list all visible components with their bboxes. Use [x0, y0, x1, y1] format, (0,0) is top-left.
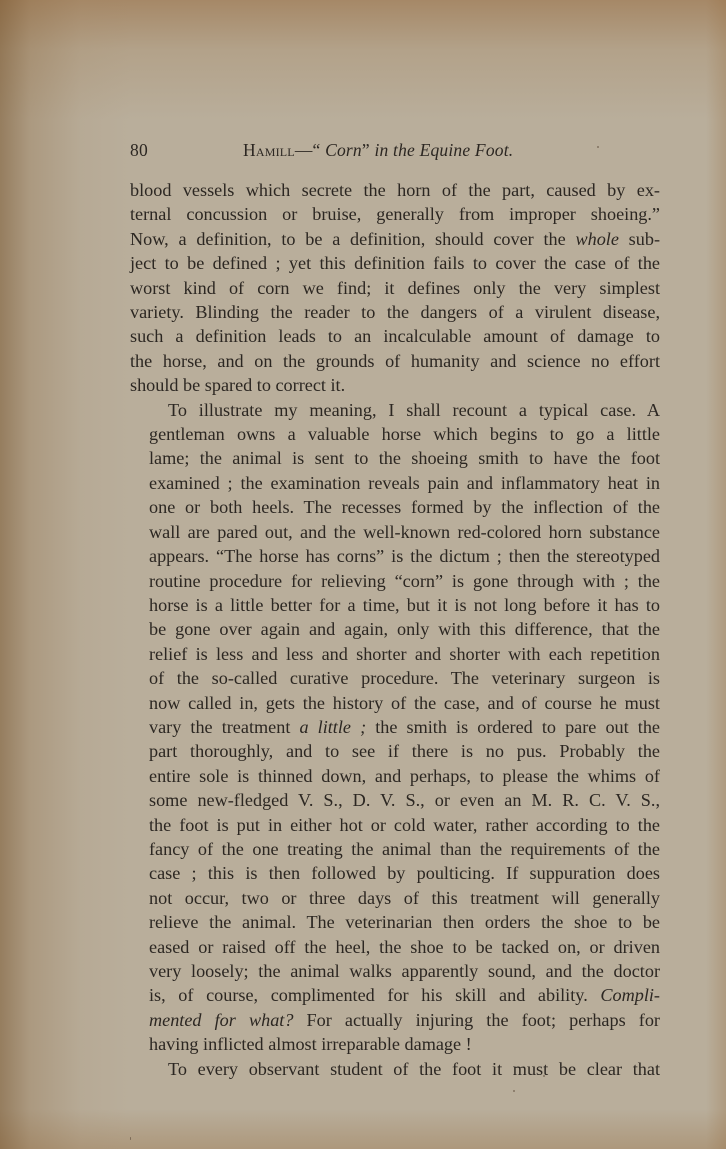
text-run: horse is a little better for a time, but…	[149, 595, 660, 615]
text-line: To every observant student of the foot i…	[130, 1057, 660, 1081]
paper-speck	[597, 146, 599, 148]
text-line: ject to be defined ; yet this definition…	[130, 251, 660, 275]
text-run: examined ; the examination reveals pain …	[149, 473, 660, 493]
text-line: blood vessels which secrete the horn of …	[130, 178, 660, 202]
text-run: sub-	[619, 229, 660, 249]
body-text: blood vessels which secrete the horn of …	[130, 178, 660, 1081]
text-line: case ; this is then followed by poultici…	[130, 861, 660, 885]
text-line: mented for what? For actually injuring t…	[130, 1008, 660, 1032]
text-run: the horse, and on the grounds of humanit…	[130, 351, 660, 371]
italic-text: whole	[575, 229, 618, 249]
page-number: 80	[130, 140, 148, 161]
text-line: examined ; the examination reveals pain …	[130, 471, 660, 495]
text-line: entire sole is thinned down, and perhaps…	[130, 764, 660, 788]
text-line: relieve the animal. The veterinarian the…	[130, 910, 660, 934]
text-run: is, of course, complimented for his skil…	[149, 985, 600, 1005]
text-run: one or both heels. The recesses formed b…	[149, 497, 660, 517]
text-run: Now, a definition, to be a definition, s…	[130, 229, 575, 249]
text-line: such a definition leads to an incalculab…	[130, 324, 660, 348]
text-run: part thoroughly, and to see if there is …	[149, 741, 660, 761]
title-dash: —“	[295, 140, 325, 160]
running-head: 80 Hamill—“ Corn” in the Equine Foot.	[130, 140, 660, 164]
text-run: fancy of the one treating the animal tha…	[149, 839, 660, 859]
text-line: not occur, two or three days of this tre…	[130, 886, 660, 910]
text-run: should be spared to correct it.	[130, 375, 345, 395]
text-line: the horse, and on the grounds of humanit…	[130, 349, 660, 373]
text-line: routine procedure for relieving “corn” i…	[130, 569, 660, 593]
text-run: relieve the animal. The veterinarian the…	[149, 912, 660, 932]
text-run: entire sole is thinned down, and perhaps…	[149, 766, 660, 786]
text-run: wall are pared out, and the well-known r…	[149, 522, 660, 542]
text-line: Now, a definition, to be a definition, s…	[130, 227, 660, 251]
paragraph: To every observant student of the foot i…	[130, 1057, 660, 1081]
text-line: having inflicted almost irreparable dama…	[130, 1032, 660, 1056]
text-line: variety. Blinding the reader to the dang…	[130, 300, 660, 324]
text-run: the foot is put in either hot or cold wa…	[149, 815, 660, 835]
text-run: lame; the animal is sent to the shoeing …	[149, 448, 660, 468]
text-line: of the so-called curative procedure. The…	[130, 666, 660, 690]
text-run: eased or raised off the heel, the shoe t…	[149, 937, 660, 957]
title-corn: Corn	[325, 140, 362, 160]
text-line: the foot is put in either hot or cold wa…	[130, 813, 660, 837]
running-title: Hamill—“ Corn” in the Equine Foot.	[243, 140, 513, 161]
text-line: relief is less and less and shorter and …	[130, 642, 660, 666]
text-line: very loosely; the animal walks apparentl…	[130, 959, 660, 983]
text-line: ternal concussion or bruise, generally f…	[130, 202, 660, 226]
title-quote: ”	[362, 140, 375, 160]
text-line: now called in, gets the history of the c…	[130, 691, 660, 715]
text-run: some new-fledged V. S., D. V. S., or eve…	[149, 790, 660, 810]
text-line: eased or raised off the heel, the shoe t…	[130, 935, 660, 959]
text-run: of the so-called curative procedure. The…	[149, 668, 660, 688]
text-line: wall are pared out, and the well-known r…	[130, 520, 660, 544]
text-line: one or both heels. The recesses formed b…	[130, 495, 660, 519]
paper-speck	[543, 1075, 545, 1077]
title-rest: in the Equine Foot.	[374, 140, 513, 160]
text-run: blood vessels which secrete the horn of …	[130, 180, 660, 200]
italic-text: Compli-	[600, 985, 660, 1005]
text-run: ject to be defined ; yet this definition…	[130, 253, 660, 273]
paper-speck	[513, 1090, 515, 1092]
text-run: be gone over again and again, only with …	[149, 619, 660, 639]
text-line: some new-fledged V. S., D. V. S., or eve…	[130, 788, 660, 812]
text-run: gentleman owns a valuable horse which be…	[149, 424, 660, 444]
text-line: vary the treatment a little ; the smith …	[130, 715, 660, 739]
italic-text: a little ;	[299, 717, 366, 737]
text-run: To every observant student of the foot i…	[168, 1059, 660, 1079]
text-run: ternal concussion or bruise, generally f…	[130, 204, 660, 224]
text-run: relief is less and less and shorter and …	[149, 644, 660, 664]
paragraph: To illustrate my meaning, I shall recoun…	[130, 398, 660, 1057]
book-page: 80 Hamill—“ Corn” in the Equine Foot. bl…	[0, 0, 726, 1149]
text-run: vary the treatment	[149, 717, 299, 737]
text-run: the smith is ordered to pare out the	[366, 717, 660, 737]
paragraph: blood vessels which secrete the horn of …	[130, 178, 660, 398]
text-run: worst kind of corn we find; it defines o…	[130, 278, 660, 298]
text-line: To illustrate my meaning, I shall recoun…	[130, 398, 660, 422]
text-run: not occur, two or three days of this tre…	[149, 888, 660, 908]
text-run: variety. Blinding the reader to the dang…	[130, 302, 660, 322]
text-line: lame; the animal is sent to the shoeing …	[130, 446, 660, 470]
text-run: appears. “The horse has corns” is the di…	[149, 546, 660, 566]
paper-speck	[130, 1137, 131, 1140]
text-run: routine procedure for relieving “corn” i…	[149, 571, 660, 591]
text-line: worst kind of corn we find; it defines o…	[130, 276, 660, 300]
text-run: such a definition leads to an incalculab…	[130, 326, 660, 346]
text-line: be gone over again and again, only with …	[130, 617, 660, 641]
italic-text: mented for what?	[149, 1010, 293, 1030]
text-line: horse is a little better for a time, but…	[130, 593, 660, 617]
text-line: should be spared to correct it.	[130, 373, 660, 397]
text-run: having inflicted almost irreparable dama…	[149, 1034, 472, 1054]
text-run: very loosely; the animal walks apparentl…	[149, 961, 660, 981]
text-line: part thoroughly, and to see if there is …	[130, 739, 660, 763]
text-line: fancy of the one treating the animal tha…	[130, 837, 660, 861]
text-run: case ; this is then followed by poultici…	[149, 863, 660, 883]
text-line: appears. “The horse has corns” is the di…	[130, 544, 660, 568]
text-run: now called in, gets the history of the c…	[149, 693, 660, 713]
text-run: For actually injuring the foot; perhaps …	[293, 1010, 660, 1030]
text-line: gentleman owns a valuable horse which be…	[130, 422, 660, 446]
author-name: Hamill	[243, 140, 295, 160]
text-run: To illustrate my meaning, I shall recoun…	[168, 400, 660, 420]
text-line: is, of course, complimented for his skil…	[130, 983, 660, 1007]
